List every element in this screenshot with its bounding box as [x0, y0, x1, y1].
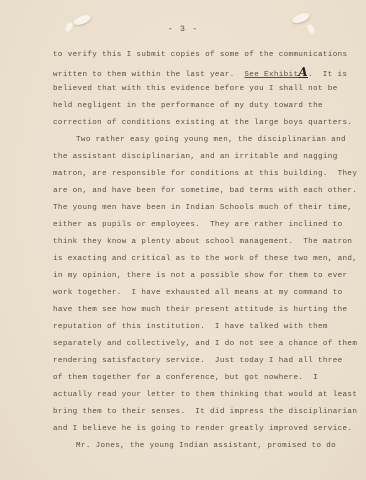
- text-line: have them see how much their present att…: [53, 305, 347, 315]
- page-number: - 3 -: [0, 24, 366, 34]
- text-line: actually read your letter to them thinki…: [53, 390, 357, 400]
- text-line: the assistant disciplinarian, and an irr…: [53, 152, 338, 162]
- text-line: believed that with this evidence before …: [53, 84, 338, 94]
- text-line: are on, and have been for sometime, bad …: [53, 186, 357, 196]
- document-page: - 3 - to verify this I submit copies of …: [0, 0, 366, 480]
- text-line: either as pupils or employees. They are …: [53, 220, 343, 230]
- text-line: of them together for a conference, but g…: [53, 373, 318, 383]
- punch-hole-right: [291, 11, 311, 25]
- exhibit-reference: See Exhibit: [244, 71, 298, 79]
- text-line: correction of conditions existing at the…: [53, 118, 352, 128]
- text-line: held negligent in the performance of my …: [53, 101, 323, 111]
- text-line: think they know a plenty about school ma…: [53, 237, 352, 247]
- text-line: is exacting and critical as to the work …: [53, 254, 357, 264]
- text-line: Mr. Jones, the young Indian assistant, p…: [76, 441, 336, 451]
- text-fragment: . It is: [308, 71, 347, 79]
- text-line: reputation of this institution. I have t…: [53, 322, 328, 332]
- handwritten-exhibit-letter: A: [298, 65, 308, 79]
- text-line: bring them to their senses. It did impre…: [53, 407, 357, 417]
- text-line: to verify this I submit copies of some o…: [53, 50, 347, 60]
- text-line: matron, are responsible for conditions a…: [53, 169, 357, 179]
- text-line-exhibit: written to them within the last year. Se…: [53, 67, 347, 80]
- text-line: work together. I have exhausted all mean…: [53, 288, 343, 298]
- text-line: in my opinion, there is not a possible s…: [53, 271, 347, 281]
- text-line: separately and collectively, and I do no…: [53, 339, 357, 349]
- text-line: rendering satisfactory service. Just tod…: [53, 356, 343, 366]
- text-line: and I believe he is going to render grea…: [53, 424, 352, 434]
- text-line: The young men have been in Indian School…: [53, 203, 352, 213]
- text-fragment: written to them within the last year.: [53, 71, 244, 79]
- text-line: Two rather easy going young men, the dis…: [76, 135, 346, 145]
